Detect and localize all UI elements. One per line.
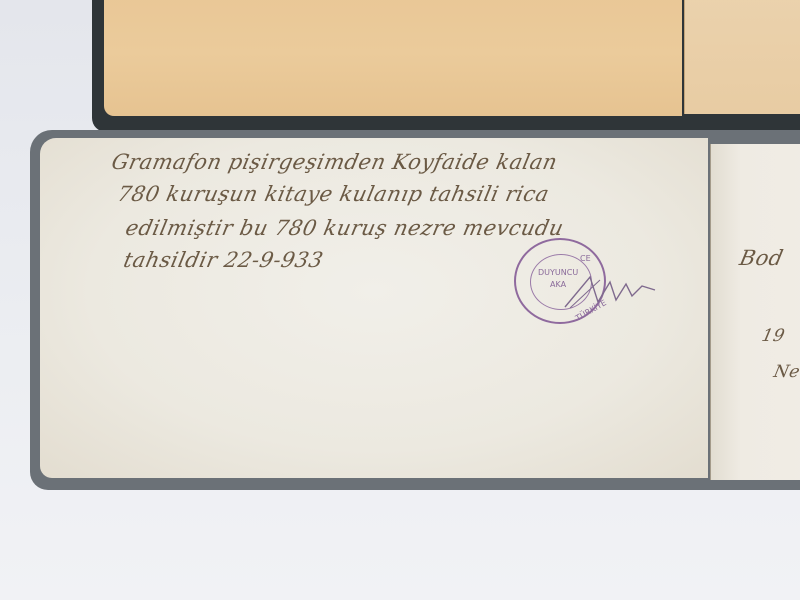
handwritten-line-1: Gramafon pişirgeşimden Koyfaide kalan: [109, 150, 559, 174]
right-page-fragment-1: Bod: [737, 246, 785, 270]
handwritten-line-2: 780 kuruşun kitaye kulanıp tahsili rica: [115, 182, 551, 206]
top-notebook-right-page: [684, 0, 800, 114]
stamp-text-ce: CE: [580, 254, 591, 263]
signature-scribble: [560, 272, 660, 312]
top-notebook-left-page: [104, 0, 682, 116]
right-page-fragment-3: Ne: [772, 362, 800, 382]
right-page-fragment-2: 19: [760, 326, 787, 346]
handwritten-line-3: edilmiştir bu 780 kuruş nezre mevcudu: [123, 216, 565, 240]
handwritten-line-4: tahsildir 22-9-933: [121, 248, 325, 272]
bottom-notebook-right-page: [710, 144, 800, 480]
